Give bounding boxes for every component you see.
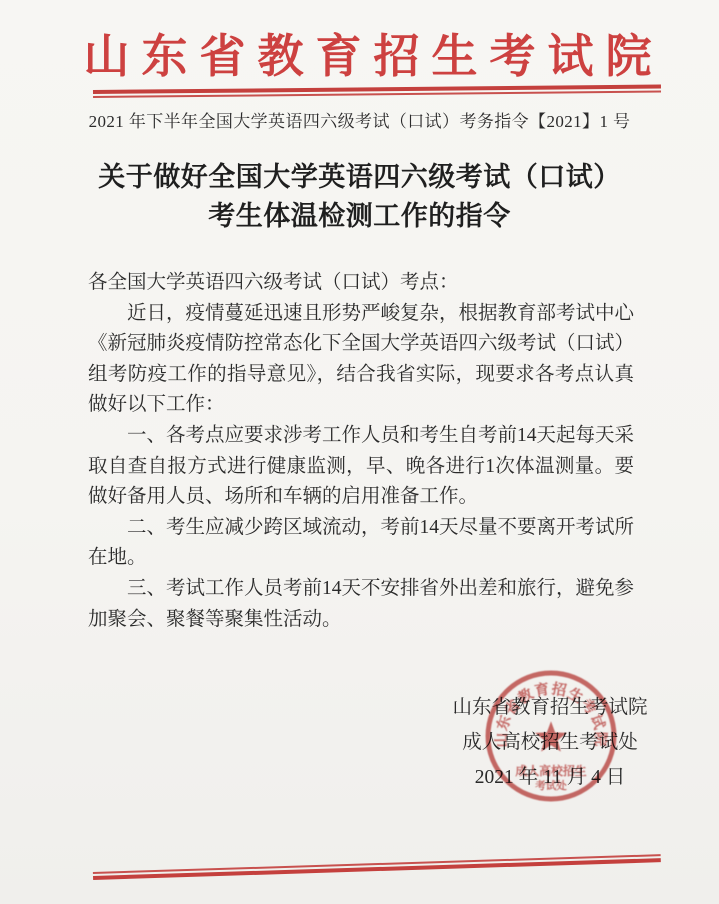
document-body: 各全国大学英语四六级考试（口试）考点： 近日，疫情蔓延迅速且形势严峻复杂，根据教… [88,268,634,635]
document-number-line: 2021 年下半年全国大学英语四六级考试（口试）考务指令【2021】1 号 [0,107,719,132]
scanned-document-page: 山东省教育招生考试院 2021 年下半年全国大学英语四六级考试（口试）考务指令【… [0,0,719,904]
salutation-line: 各全国大学英语四六级考试（口试）考点： [88,268,634,299]
body-paragraph-1: 近日，疫情蔓延迅速且形势严峻复杂，根据教育部考试中心《新冠肺炎疫情防控常态化下全… [88,299,634,421]
document-title: 关于做好全国大学英语四六级考试（口试） 考生体温检测工作的指令 [0,158,719,236]
signature-block: 山东省教育招生考试院 成人高校招生考试处 2021 年 11 月 4 日 [410,690,690,795]
footer-divider-rule [93,854,661,880]
body-paragraph-4: 三、考试工作人员考前14天不安排省外出差和旅行，避免参加聚会、聚餐等聚集性活动。 [88,574,634,635]
document-title-line2: 考生体温检测工作的指令 [208,201,511,231]
signature-org: 山东省教育招生考试院 [410,690,690,725]
signature-date: 2021 年 11 月 4 日 [410,760,690,795]
letterhead-org-name: 山东省教育招生考试院 [8,20,719,86]
document-title-line1: 关于做好全国大学英语四六级考试（口试） [98,162,621,192]
body-paragraph-3: 二、考生应减少跨区域流动，考前14天尽量不要离开考试所在地。 [88,513,634,574]
signature-dept: 成人高校招生考试处 [410,725,690,760]
body-paragraph-2: 一、各考点应要求涉考工作人员和考生自考前14天起每天采取自查自报方式进行健康监测… [88,421,634,513]
letterhead-divider-rule [93,85,661,98]
